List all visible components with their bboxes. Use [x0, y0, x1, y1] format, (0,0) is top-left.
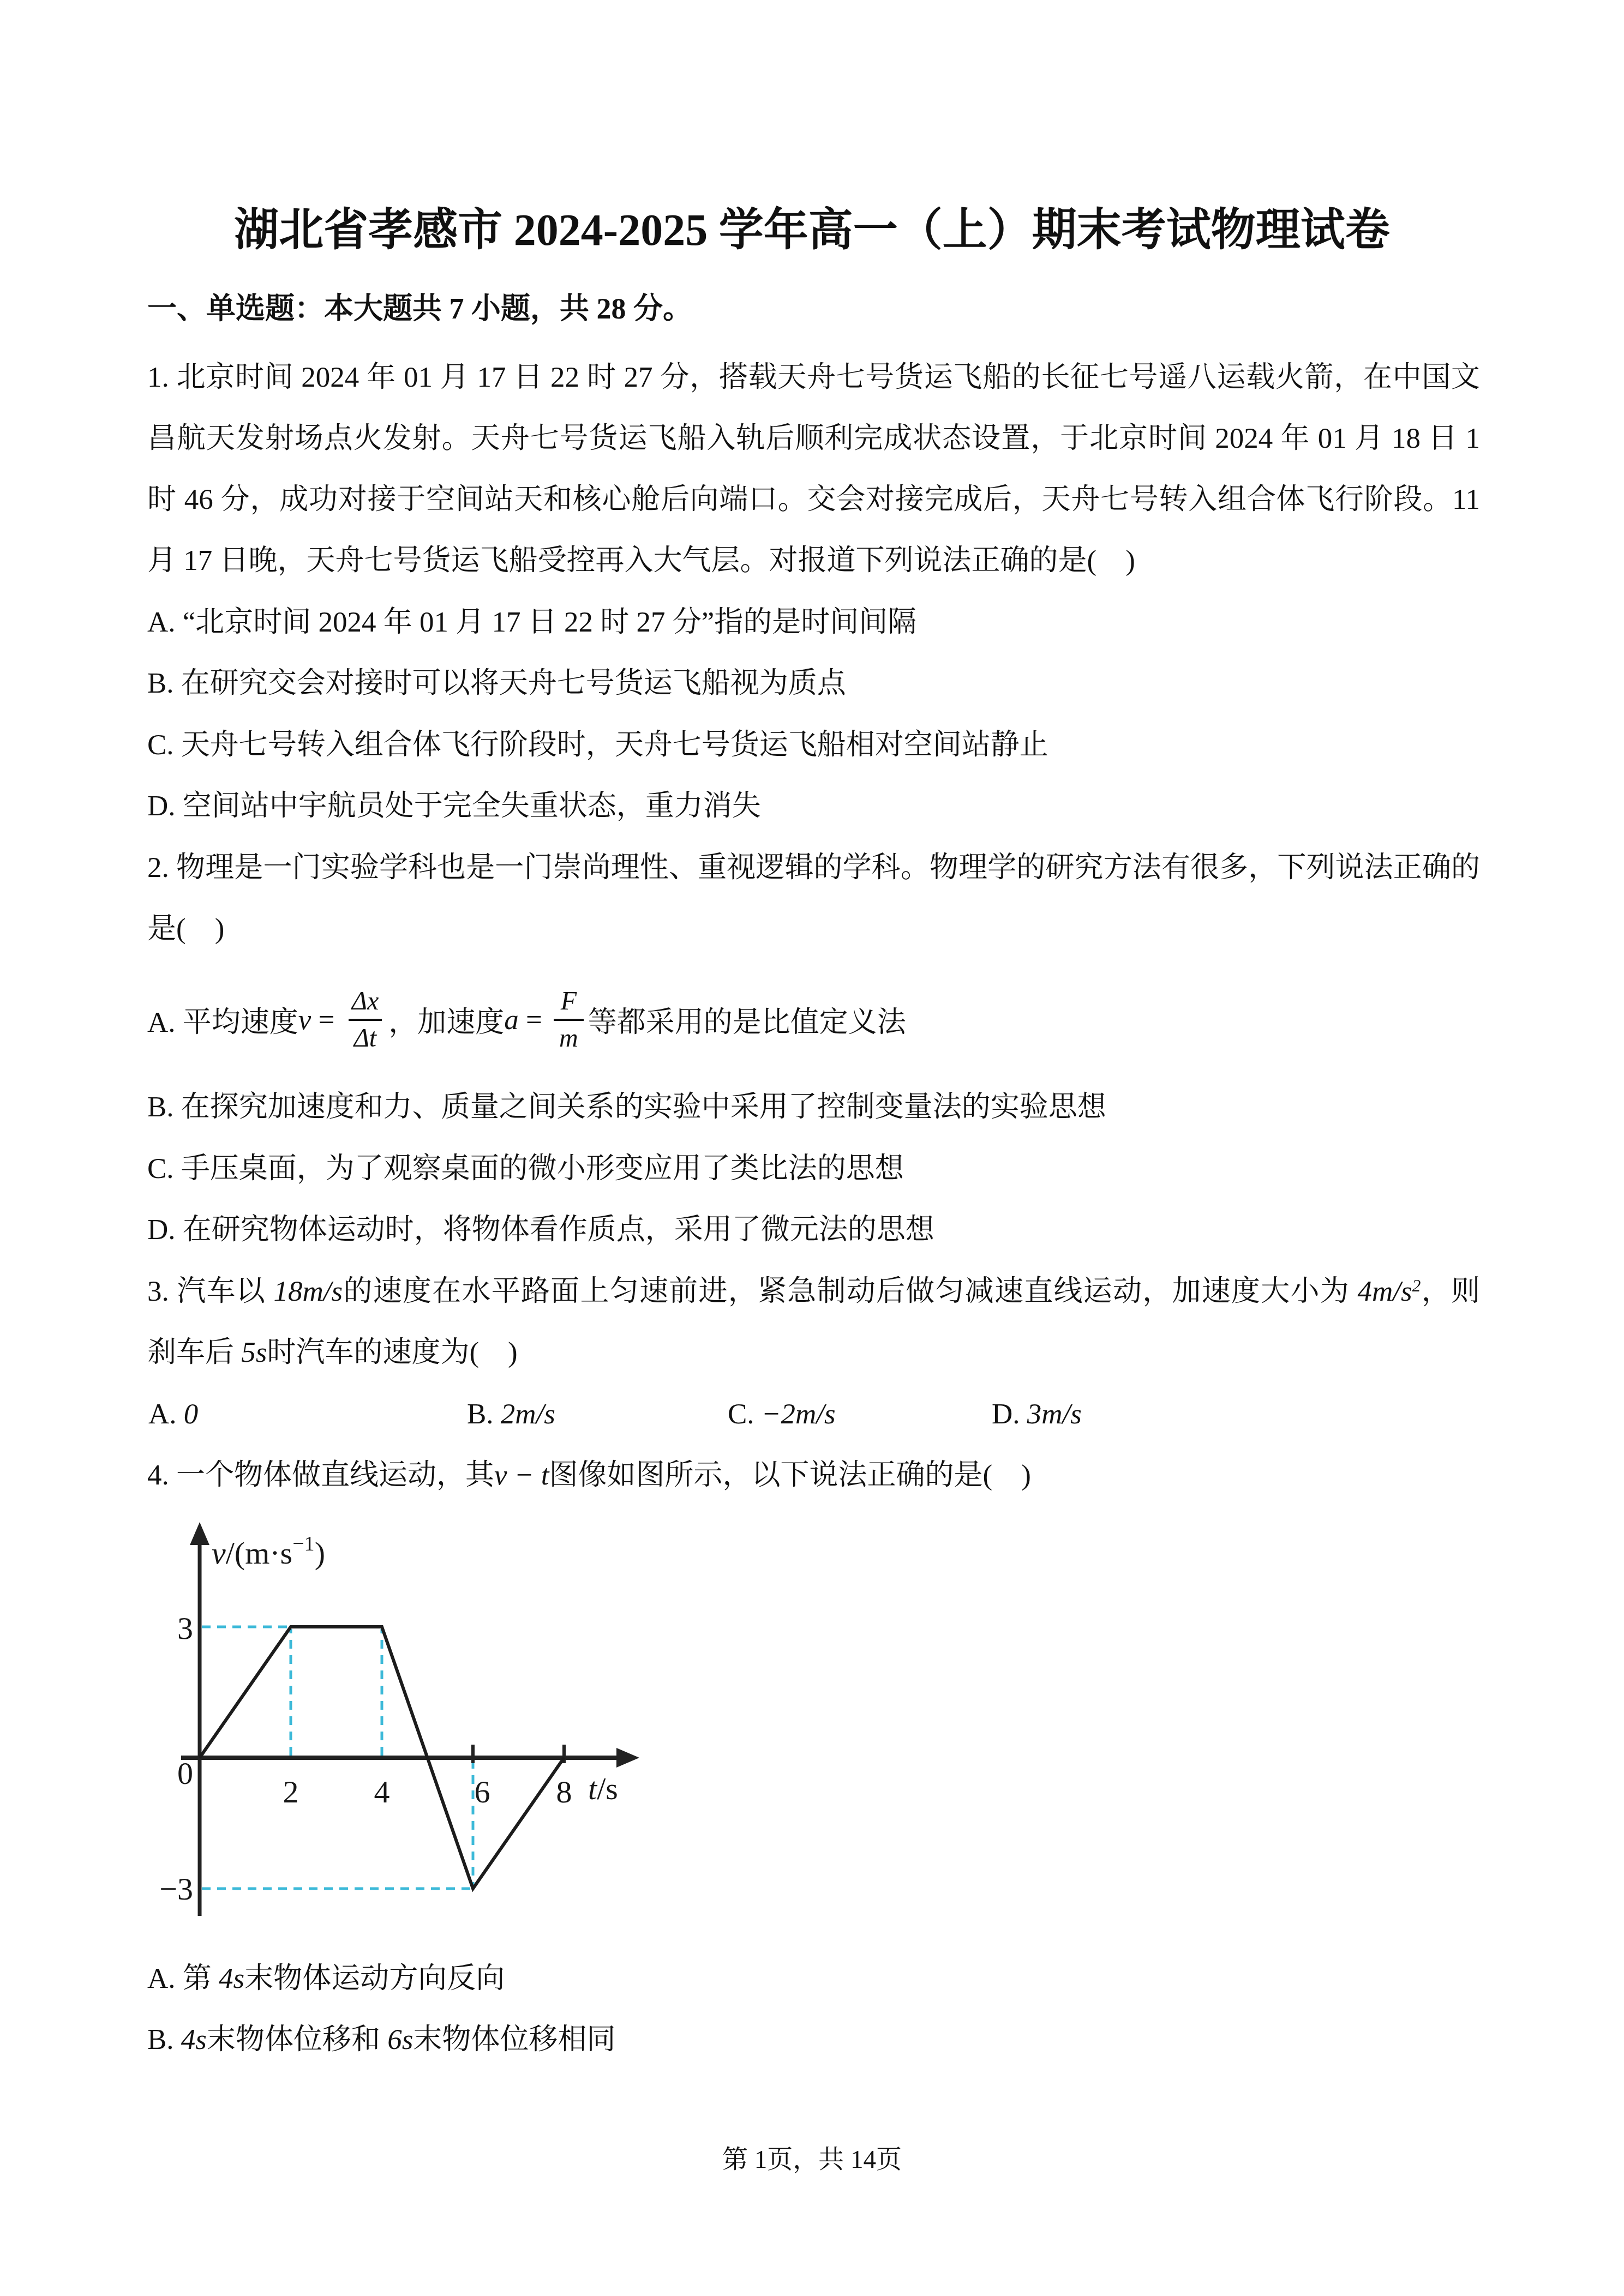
velocity-symbol: v: [298, 1003, 311, 1036]
q4-opt-b-time-2: 6s: [387, 2024, 413, 2055]
option-d-value: 3m/s: [1027, 1398, 1082, 1430]
fraction-denominator-dt: Δt: [349, 1019, 382, 1051]
question-3-option-d: D. 3m/s: [992, 1392, 1082, 1436]
q3-text-5: 时汽车的速度为( ): [267, 1337, 517, 1368]
q3-text-1: 3. 汽车以: [147, 1276, 274, 1307]
q4-opt-a-text-2: 末物体运动方向反向: [244, 1963, 505, 1994]
question-2-line-2: 是( ): [147, 907, 1480, 951]
xtick-8: 8: [556, 1774, 572, 1810]
question-1-option-d: D. 空间站中宇航员处于完全失重状态，重力消失: [147, 784, 1480, 828]
question-3-option-a: A. 0: [148, 1392, 198, 1436]
question-1-option-a: A. “北京时间 2024 年 01 月 17 日 22 时 27 分”指的是时…: [147, 600, 1480, 644]
xtick-4: 4: [374, 1774, 390, 1810]
equals-sign: =: [311, 1003, 341, 1036]
option-a-suffix: 等都采用的是比值定义法: [588, 999, 906, 1041]
xtick-2: 2: [283, 1774, 299, 1810]
option-a-value: 0: [184, 1398, 199, 1430]
ytick-neg3: −3: [159, 1871, 193, 1907]
question-1-line-3: 时 46 分，成功对接于空间站天和核心舱后向端口。交会对接完成后，天舟七号转入组…: [147, 478, 1480, 521]
ytick-0: 0: [177, 1756, 193, 1791]
question-4-option-b: B. 4s末物体位移和 6s末物体位移相同: [147, 2018, 1480, 2061]
question-1-option-b: B. 在研究交会对接时可以将天舟七号货运飞船视为质点: [147, 662, 1480, 705]
ytick-3: 3: [177, 1610, 193, 1646]
page-footer: 第 1页，共 14页: [0, 2141, 1624, 2179]
y-axis-arrow: [190, 1522, 209, 1545]
q3-text-3: ，则: [1421, 1276, 1481, 1307]
q4-opt-a-text-1: A. 第: [147, 1963, 219, 1994]
q3-time-value: 5s: [241, 1337, 267, 1368]
page-title: 湖北省孝感市 2024-2025 学年高一（上）期末考试物理试卷: [0, 203, 1624, 257]
question-1-line-2: 昌航天发射场点火发射。天舟七号货运飞船入轨后顺利完成状态设置，于北京时间 202…: [147, 417, 1480, 460]
question-2-option-d: D. 在研究物体运动时，将物体看作质点，采用了微元法的思想: [147, 1208, 1480, 1252]
option-c-value: −2m/s: [762, 1398, 836, 1430]
q4-opt-b-time-1: 4s: [181, 2024, 207, 2055]
fraction-dx-over-dt: ΔxΔt: [346, 988, 384, 1051]
question-3-line-2: 刹车后 5s时汽车的速度为( ): [147, 1331, 1480, 1374]
question-1-line-4: 月 17 日晚，天舟七号货运飞船受控再入大气层。对报道下列说法正确的是( ): [147, 539, 1480, 582]
x-axis-arrow: [616, 1748, 639, 1768]
fraction-numerator-dx: Δx: [346, 988, 384, 1019]
question-4-line-1: 4. 一个物体做直线运动，其v − t图像如图所示，以下说法正确的是( ): [147, 1453, 1480, 1497]
q3-text-4: 刹车后: [147, 1337, 241, 1368]
q3-speed-value: 18m/s: [274, 1276, 343, 1307]
fraction-f-over-m: Fm: [554, 988, 584, 1051]
vt-graph: v/(m·s−1) 3 0 −3 2 4 6 8 t/s: [146, 1513, 648, 1920]
x-axis-label: t/s: [588, 1771, 618, 1806]
q4-vt-symbol: v − t: [494, 1459, 549, 1491]
question-4-option-a: A. 第 4s末物体运动方向反向: [147, 1957, 1480, 2000]
question-3-option-c: C. −2m/s: [728, 1392, 836, 1436]
question-2-option-a: A. 平均速度v = ΔxΔt，加速度a = Fm等都采用的是比值定义法: [147, 966, 1480, 1073]
q3-superscript-2: 2: [1412, 1276, 1421, 1295]
option-b-label: B.: [467, 1398, 501, 1430]
xtick-6: 6: [475, 1774, 490, 1810]
section-heading: 一、单选题：本大题共 7 小题，共 28 分。: [147, 287, 1480, 330]
acceleration-symbol: a: [504, 1003, 519, 1036]
question-2-line-1: 2. 物理是一门实验学科也是一门崇尚理性、重视逻辑的学科。物理学的研究方法有很多…: [147, 846, 1480, 889]
option-a-label: A.: [148, 1398, 184, 1430]
question-2-option-b: B. 在探究加速度和力、质量之间关系的实验中采用了控制变量法的实验思想: [147, 1085, 1480, 1129]
q4-opt-b-text-3: 末物体位移相同: [413, 2024, 615, 2055]
option-d-label: D.: [992, 1398, 1027, 1430]
q4-text-1: 4. 一个物体做直线运动，其: [147, 1459, 494, 1491]
q4-opt-b-text-1: B.: [147, 2024, 181, 2055]
question-1-option-c: C. 天舟七号转入组合体飞行阶段时，天舟七号货运飞船相对空间站静止: [147, 723, 1480, 767]
option-a-prefix: A. 平均速度: [147, 999, 298, 1041]
q3-text-2: 的速度在水平路面上匀速前进，紧急制动后做匀减速直线运动，加速度大小为: [343, 1276, 1357, 1307]
y-axis-label: v/(m·s−1): [212, 1532, 325, 1571]
axes: [181, 1535, 622, 1916]
question-2-option-c: C. 手压桌面，为了观察桌面的微小形变应用了类比法的思想: [147, 1147, 1480, 1191]
q4-text-2: 图像如图所示，以下说法正确的是( ): [549, 1459, 1031, 1491]
fraction-numerator-f: F: [555, 988, 582, 1019]
option-a-middle: 加速度: [417, 999, 504, 1041]
comma: ，: [388, 999, 417, 1041]
question-3-option-b: B. 2m/s: [467, 1392, 555, 1436]
exam-paper-page: 湖北省孝感市 2024-2025 学年高一（上）期末考试物理试卷 一、单选题：本…: [0, 0, 1624, 2296]
fraction-denominator-m: m: [554, 1019, 584, 1051]
equals-sign-2: =: [519, 1003, 549, 1036]
q3-acceleration-value: 4m/s: [1357, 1276, 1412, 1307]
option-c-label: C.: [728, 1398, 762, 1430]
question-3-line-1: 3. 汽车以 18m/s的速度在水平路面上匀速前进，紧急制动后做匀减速直线运动，…: [147, 1270, 1480, 1317]
q4-opt-a-time: 4s: [219, 1963, 244, 1994]
question-1-line-1: 1. 北京时间 2024 年 01 月 17 日 22 时 27 分，搭载天舟七…: [147, 356, 1480, 399]
q4-opt-b-text-2: 末物体位移和: [207, 2024, 387, 2055]
option-b-value: 2m/s: [501, 1398, 555, 1430]
